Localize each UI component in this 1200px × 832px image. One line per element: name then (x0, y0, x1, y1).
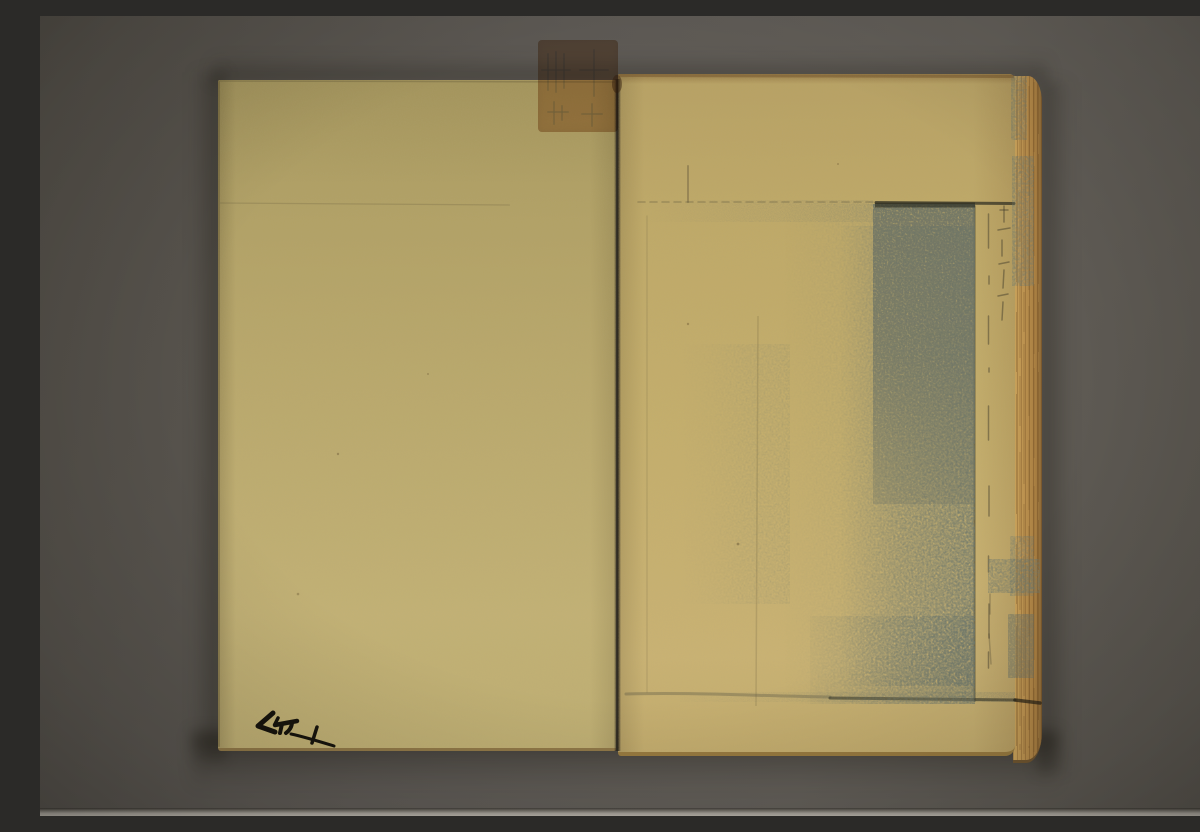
book-shadow (1038, 82, 1072, 772)
right-page (618, 74, 1015, 756)
fore-edge (1013, 76, 1042, 763)
book (218, 74, 1042, 760)
page-gutter (614, 79, 621, 751)
photo-caption: Photograph of an open antique East Asian… (40, 16, 41, 17)
tape-ink-marks (538, 40, 618, 132)
paper-tape-label (538, 40, 618, 132)
photo-background: Photograph of an open antique East Asian… (40, 16, 1200, 816)
table-edge-strip (40, 808, 1200, 816)
left-page (218, 80, 616, 751)
